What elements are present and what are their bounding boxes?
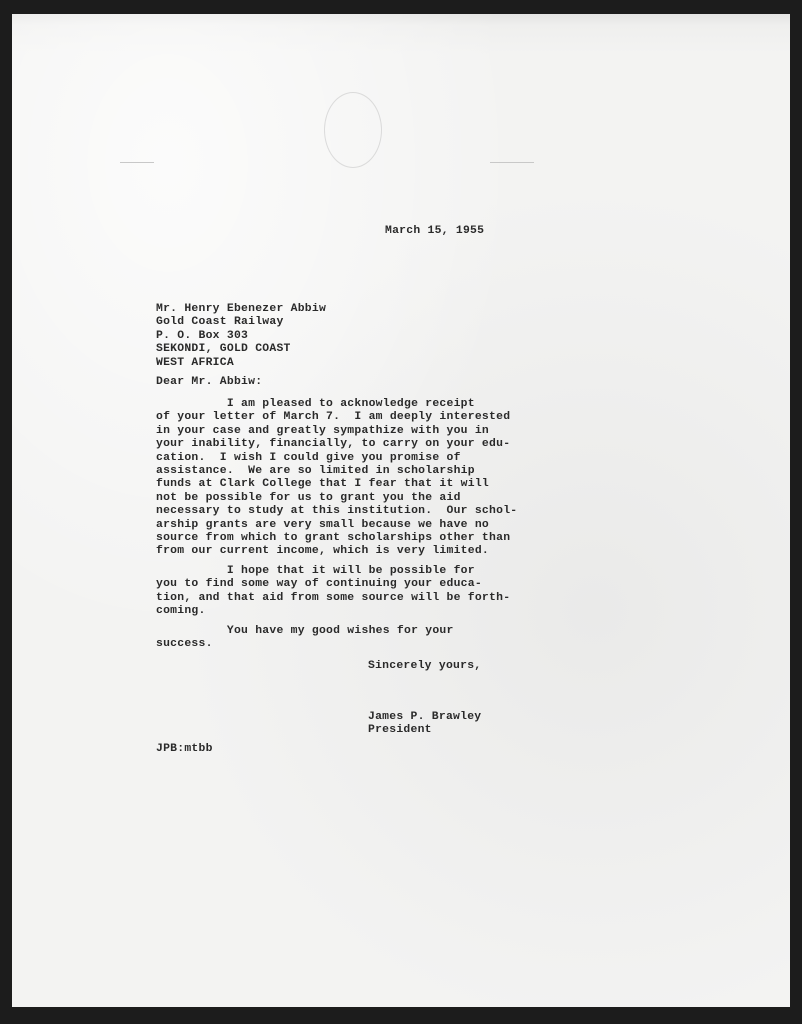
address-line: Gold Coast Railway xyxy=(156,316,284,328)
signature-block: James P. Brawley President xyxy=(368,711,481,738)
body-paragraph-1: I am pleased to acknowledge receipt of y… xyxy=(156,398,517,559)
signer-name: James P. Brawley xyxy=(368,711,481,723)
fold-mark-right xyxy=(490,162,534,163)
embossed-seal xyxy=(324,92,382,168)
body-paragraph-3: You have my good wishes for your success… xyxy=(156,625,454,652)
letter-date: March 15, 1955 xyxy=(385,225,484,238)
recipient-address: Mr. Henry Ebenezer Abbiw Gold Coast Rail… xyxy=(156,303,326,370)
address-line: SEKONDI, GOLD COAST xyxy=(156,343,291,355)
body-paragraph-2: I hope that it will be possible for you … xyxy=(156,565,510,619)
fold-mark-left xyxy=(120,162,154,163)
salutation: Dear Mr. Abbiw: xyxy=(156,376,262,389)
address-line: WEST AFRICA xyxy=(156,357,234,369)
address-line: Mr. Henry Ebenezer Abbiw xyxy=(156,303,326,315)
reference-initials: JPB:mtbb xyxy=(156,743,213,756)
closing: Sincerely yours, xyxy=(368,660,481,673)
address-line: P. O. Box 303 xyxy=(156,330,248,342)
signer-title: President xyxy=(368,724,432,736)
